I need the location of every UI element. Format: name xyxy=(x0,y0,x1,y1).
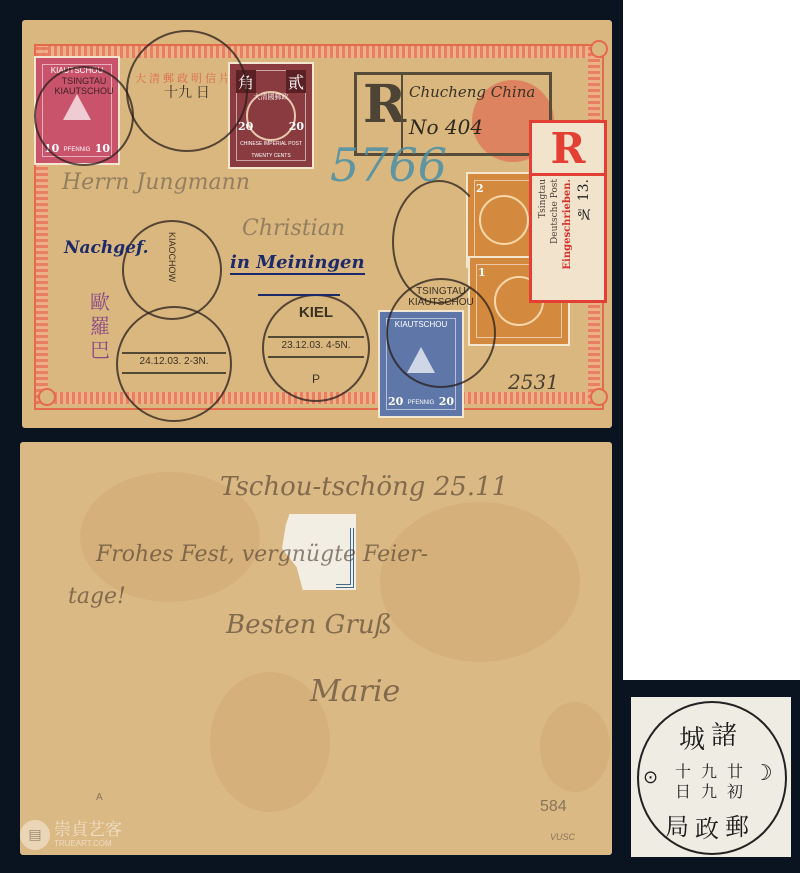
address-line-1: Herrn Jungmann xyxy=(62,170,250,195)
label-number: № 13. xyxy=(576,179,592,222)
postmark-meiningen: 24.12.03. 2-3N. xyxy=(116,306,232,422)
watermark-logo-icon: ▤ xyxy=(20,820,50,850)
postcard-back: Tschou-tschöng 25.11 Frohes Fest, vergnü… xyxy=(20,442,612,855)
stamp-value: 2 xyxy=(476,182,484,195)
destination-text: in Meiningen xyxy=(230,252,365,275)
chinese-char: 羅 xyxy=(90,314,114,338)
postmark-date: 23.12.03. 4-5N. xyxy=(264,340,368,351)
postmark-kiaochow: KIAOCHOW xyxy=(122,220,222,320)
stain xyxy=(380,502,580,662)
message-line-2: Frohes Fest, vergnügte Feier- xyxy=(96,542,428,567)
watermark-text: 崇貞艺客 xyxy=(54,822,122,839)
stamp-caption: CHINESE IMPERIAL POST xyxy=(230,141,312,147)
forwarding-note: Nachgef. xyxy=(64,238,149,258)
postmark-char: 日 xyxy=(675,779,691,802)
label-service: Deutsche Post xyxy=(550,179,560,244)
message-signature: Marie xyxy=(310,674,400,709)
postmark-town: KIEL xyxy=(264,304,368,321)
dragon-icon xyxy=(479,195,529,245)
stamp-char: 貳 xyxy=(286,70,306,93)
postmark-char: 城 xyxy=(679,719,705,756)
chinese-char: 歐 xyxy=(90,290,114,314)
yin-yang-corner-icon xyxy=(38,388,56,406)
yin-yang-corner-icon xyxy=(590,388,608,406)
postmark-date: 24.12.03. 2-3N. xyxy=(118,356,230,367)
postmark-text: TSINGTAU KIAUTSCHOU xyxy=(36,76,132,96)
address-line-2: Christian xyxy=(242,216,345,241)
postmark-char: 初 xyxy=(727,779,743,802)
pencil-note: VUSC xyxy=(550,832,575,842)
message-line-4: Besten Gruß xyxy=(226,610,392,640)
label-city: Tsingtau xyxy=(538,179,548,218)
postmark-char: 諸 xyxy=(711,715,737,752)
registration-letter: R xyxy=(363,79,406,131)
stamp-denomination-text: PFENNIG xyxy=(380,400,462,406)
label-letter: R xyxy=(532,125,604,176)
postmark-text: KIAOCHOW xyxy=(167,209,177,305)
pencil-lot-number: 584 xyxy=(540,798,567,816)
pencil-mark: A xyxy=(96,792,103,803)
registration-number: No 404 xyxy=(409,115,483,139)
moon-icon: ☽ xyxy=(753,761,773,786)
dragon-icon xyxy=(246,91,296,141)
postmark-char: 政 xyxy=(695,809,719,844)
postmark-char: 郵 xyxy=(725,807,749,842)
postmark-char: 九 xyxy=(701,779,717,802)
watermark: ▤ 崇貞艺客 TRUEART.COM xyxy=(20,820,122,850)
postmark-chinese-partial xyxy=(392,180,486,304)
stamp-value: 20 xyxy=(289,120,304,133)
postmark-sub: P xyxy=(264,372,368,386)
pencil-number: 2531 xyxy=(508,370,559,394)
postcard-front: 大清郵政明信片 R Chucheng China No 404 KIAUTSCH… xyxy=(22,20,612,428)
postmark-chinese-bilingual: 十九 日 xyxy=(126,30,248,152)
registration-origin: Chucheng China xyxy=(409,83,535,101)
registration-label: R Tsingtau Deutsche Post Eingeschrieben.… xyxy=(529,120,607,303)
stamp-caption: TWENTY CENTS xyxy=(230,153,312,159)
stain xyxy=(540,702,610,792)
chinese-vertical-text: 歐 羅 巴 xyxy=(90,290,114,362)
watermark-subtext: TRUEART.COM xyxy=(54,839,122,848)
message-line-1: Tschou-tschöng 25.11 xyxy=(220,472,508,502)
postmark-text: 十九 日 xyxy=(128,82,246,102)
stamp-value: 20 xyxy=(238,120,253,133)
yin-yang-corner-icon xyxy=(590,40,608,58)
postmark-tsingtau: TSINGTAU KIAUTSCHOU xyxy=(34,66,134,166)
label-type: Eingeschrieben. xyxy=(562,179,573,270)
chinese-char: 巴 xyxy=(90,338,114,362)
postmark-kiel: KIEL 23.12.03. 4-5N. P xyxy=(262,294,370,402)
postmark-inset: 城 諸 十 日 九 九 廿 初 ⊙ ☽ 局 政 郵 xyxy=(631,697,791,857)
sun-icon: ⊙ xyxy=(643,767,658,788)
underline xyxy=(258,294,340,296)
postmark-char: 局 xyxy=(665,807,689,842)
message-line-3: tage! xyxy=(68,584,126,609)
blue-crayon-number: 5766 xyxy=(330,138,447,192)
